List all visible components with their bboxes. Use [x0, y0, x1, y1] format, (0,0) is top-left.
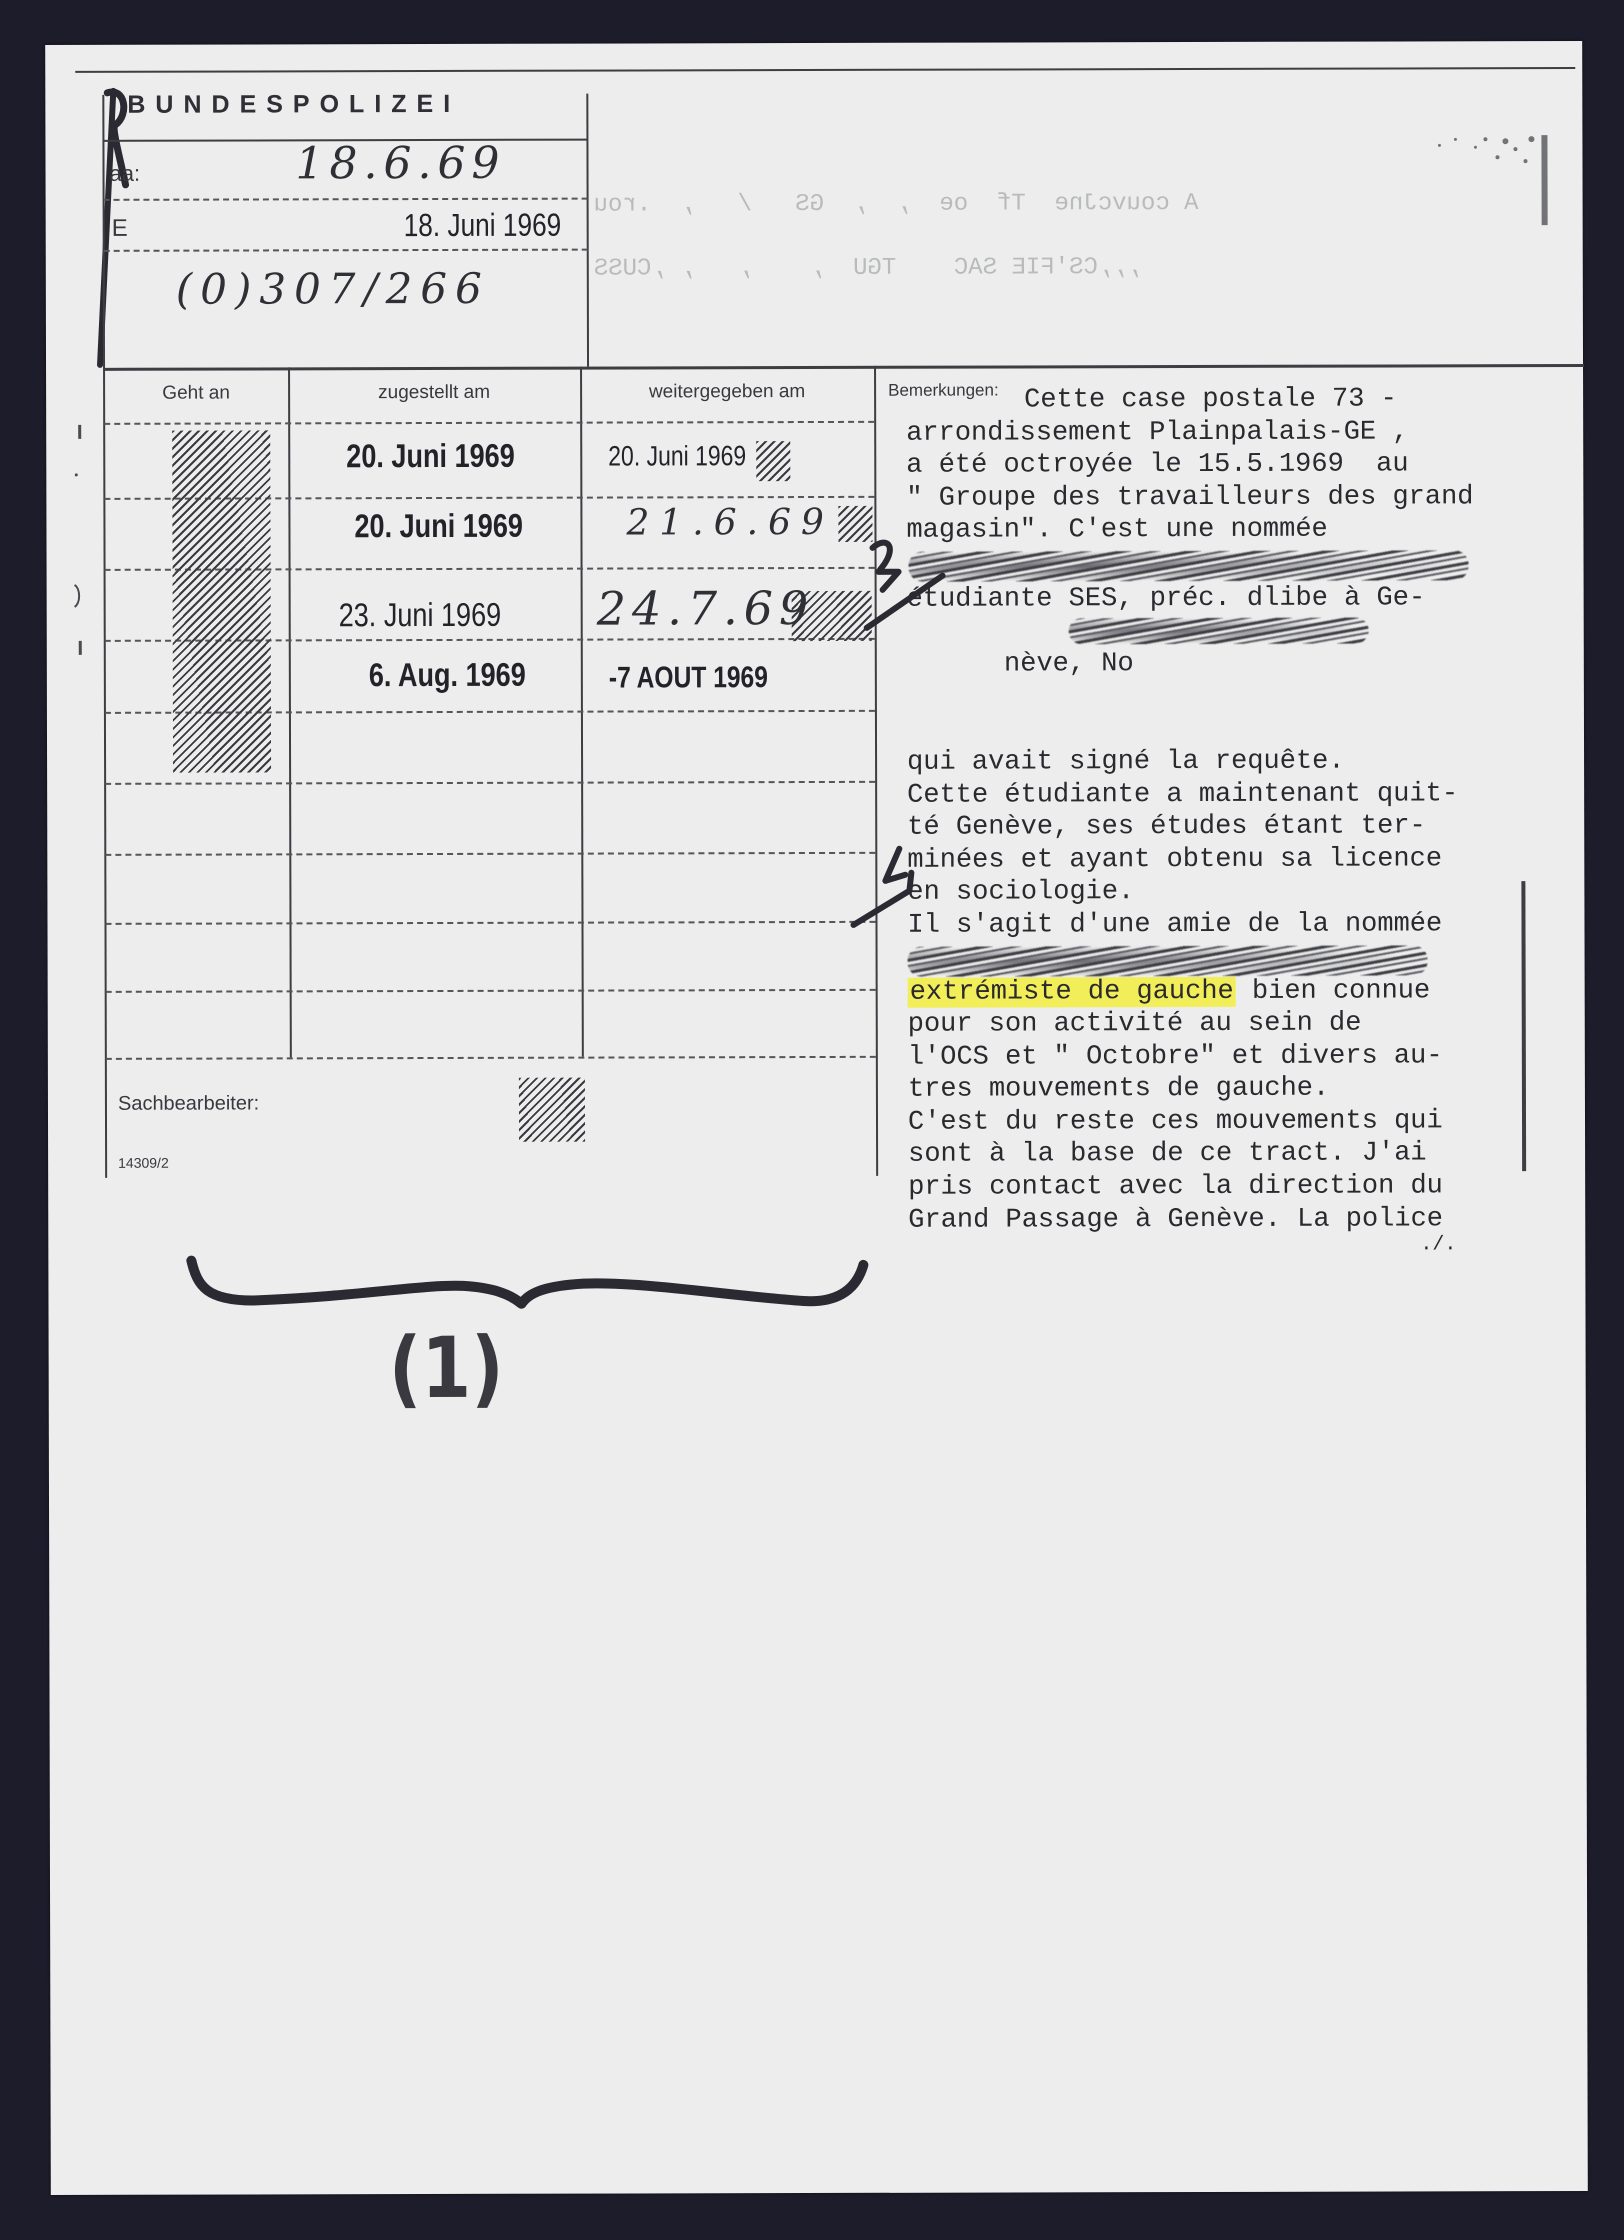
top-rule — [75, 67, 1575, 73]
marker-2-arrow-icon — [858, 528, 948, 638]
header-right-border — [586, 94, 589, 367]
header-divider — [104, 249, 588, 252]
remarks-line: nève, No — [899, 615, 1579, 747]
remarks-line: sont à la base de ce tract. J'ai — [900, 1137, 1580, 1171]
document-page: BUNDESPOLIZEI aa: 18.6.69 E 18. Juni 196… — [45, 41, 1588, 2195]
row-line — [105, 921, 875, 925]
remarks-line: C'est du reste ces mouvements qui — [900, 1105, 1580, 1139]
continuation-mark: ./. — [900, 1235, 1580, 1257]
remarks-line-rest: bien connue — [1236, 976, 1431, 1007]
remarks-line: " Groupe des travailleurs des grand — [898, 481, 1578, 515]
bleed-through-text: A couvcJne Tf oe , , GS / , .rou — [594, 190, 1199, 219]
hatched-mark — [756, 441, 790, 481]
remarks-line: Il s'agit d'une amie de la nommée — [899, 908, 1579, 942]
redaction — [1069, 617, 1369, 644]
redaction — [909, 550, 1469, 581]
redacted-name-1 — [899, 546, 1579, 584]
remarks-line: té Genève, ses études étant ter- — [899, 810, 1579, 844]
weitergegeben-row2: 21.6.69 — [626, 502, 834, 544]
remarks-line-prefix: nève, No — [1004, 649, 1134, 679]
form-title: BUNDESPOLIZEI — [127, 90, 460, 120]
aa-label: aa: — [109, 161, 140, 187]
zugestellt-row2: 20. Juni 1969 — [354, 507, 523, 545]
bracket-label: (1) — [389, 1319, 504, 1417]
remarks-line: tres mouvements de gauche. — [900, 1072, 1580, 1106]
hatched-geht-an — [172, 430, 271, 772]
row-line — [105, 781, 875, 785]
bleed-through-text: ,,,CS'FIE SAC TGU , , , ,CUSS — [594, 254, 1141, 282]
row-line — [105, 852, 875, 856]
aa-value: 18.6.69 — [295, 138, 505, 190]
remarks-line: arrondissement Plainpalais-GE , — [898, 416, 1578, 450]
table-top-rule — [104, 364, 1584, 371]
zugestellt-row1: 20. Juni 1969 — [346, 437, 515, 475]
remarks-line: Cette case postale 73 - — [898, 383, 1578, 417]
remarks-line: en sociologie. — [899, 875, 1579, 909]
e-date-stamp: 18. Juni 1969 — [404, 207, 562, 244]
col-header-weitergegeben: weitergegeben am — [580, 381, 874, 404]
weitergegeben-row4: -7 AOUT 1969 — [609, 661, 768, 695]
remarks-line: pris contact avec la direction du — [900, 1170, 1580, 1204]
col-sep — [874, 366, 878, 1176]
marker-4-arrow-icon — [847, 833, 937, 933]
remarks-line: Grand Passage à Genève. La police — [900, 1203, 1580, 1237]
sachbearbeiter-label: Sachbearbeiter: — [118, 1092, 259, 1115]
weitergegeben-row3: 24.7.69 — [597, 581, 815, 636]
weitergegeben-row1: 20. Juni 1969 — [608, 440, 746, 472]
remarks-block: Cette case postale 73 - arrondissement P… — [898, 371, 1580, 1257]
form-code: 14309/2 — [118, 1155, 169, 1171]
row-line — [106, 989, 876, 993]
remarks-line: minées et ayant obtenu sa licence — [899, 843, 1579, 877]
remarks-line: Cette étudiante a maintenant quit- — [899, 778, 1579, 812]
redaction — [908, 945, 1428, 976]
remarks-line: l'OCS et " Octobre" et divers au- — [900, 1040, 1580, 1074]
row-line — [104, 421, 874, 425]
margin-specks — [64, 385, 105, 685]
remarks-line: a été octroyée le 15.5.1969 au — [898, 448, 1578, 482]
margin-letter-mark — [85, 85, 136, 375]
remarks-line: qui avait signé la requête. — [899, 745, 1579, 779]
redacted-name-2 — [900, 941, 1580, 977]
zugestellt-row3: 23. Juni 1969 — [339, 596, 502, 634]
corner-smudge — [1355, 69, 1575, 250]
header-divider — [104, 198, 588, 201]
col-header-geht-an: Geht an — [104, 382, 288, 404]
zugestellt-row4: 6. Aug. 1969 — [369, 656, 526, 694]
row-line — [106, 1056, 876, 1060]
hatched-sachbearbeiter — [519, 1078, 585, 1142]
remarks-line: pour son activité au sein de — [900, 1007, 1580, 1041]
hand-drawn-brace — [163, 1223, 924, 1465]
e-label: E — [112, 215, 128, 243]
remarks-line: magasin". C'est une nommée — [898, 513, 1578, 547]
file-number: (0)307/266 — [176, 264, 490, 314]
col-header-zugestellt: zugestellt am — [288, 382, 580, 405]
